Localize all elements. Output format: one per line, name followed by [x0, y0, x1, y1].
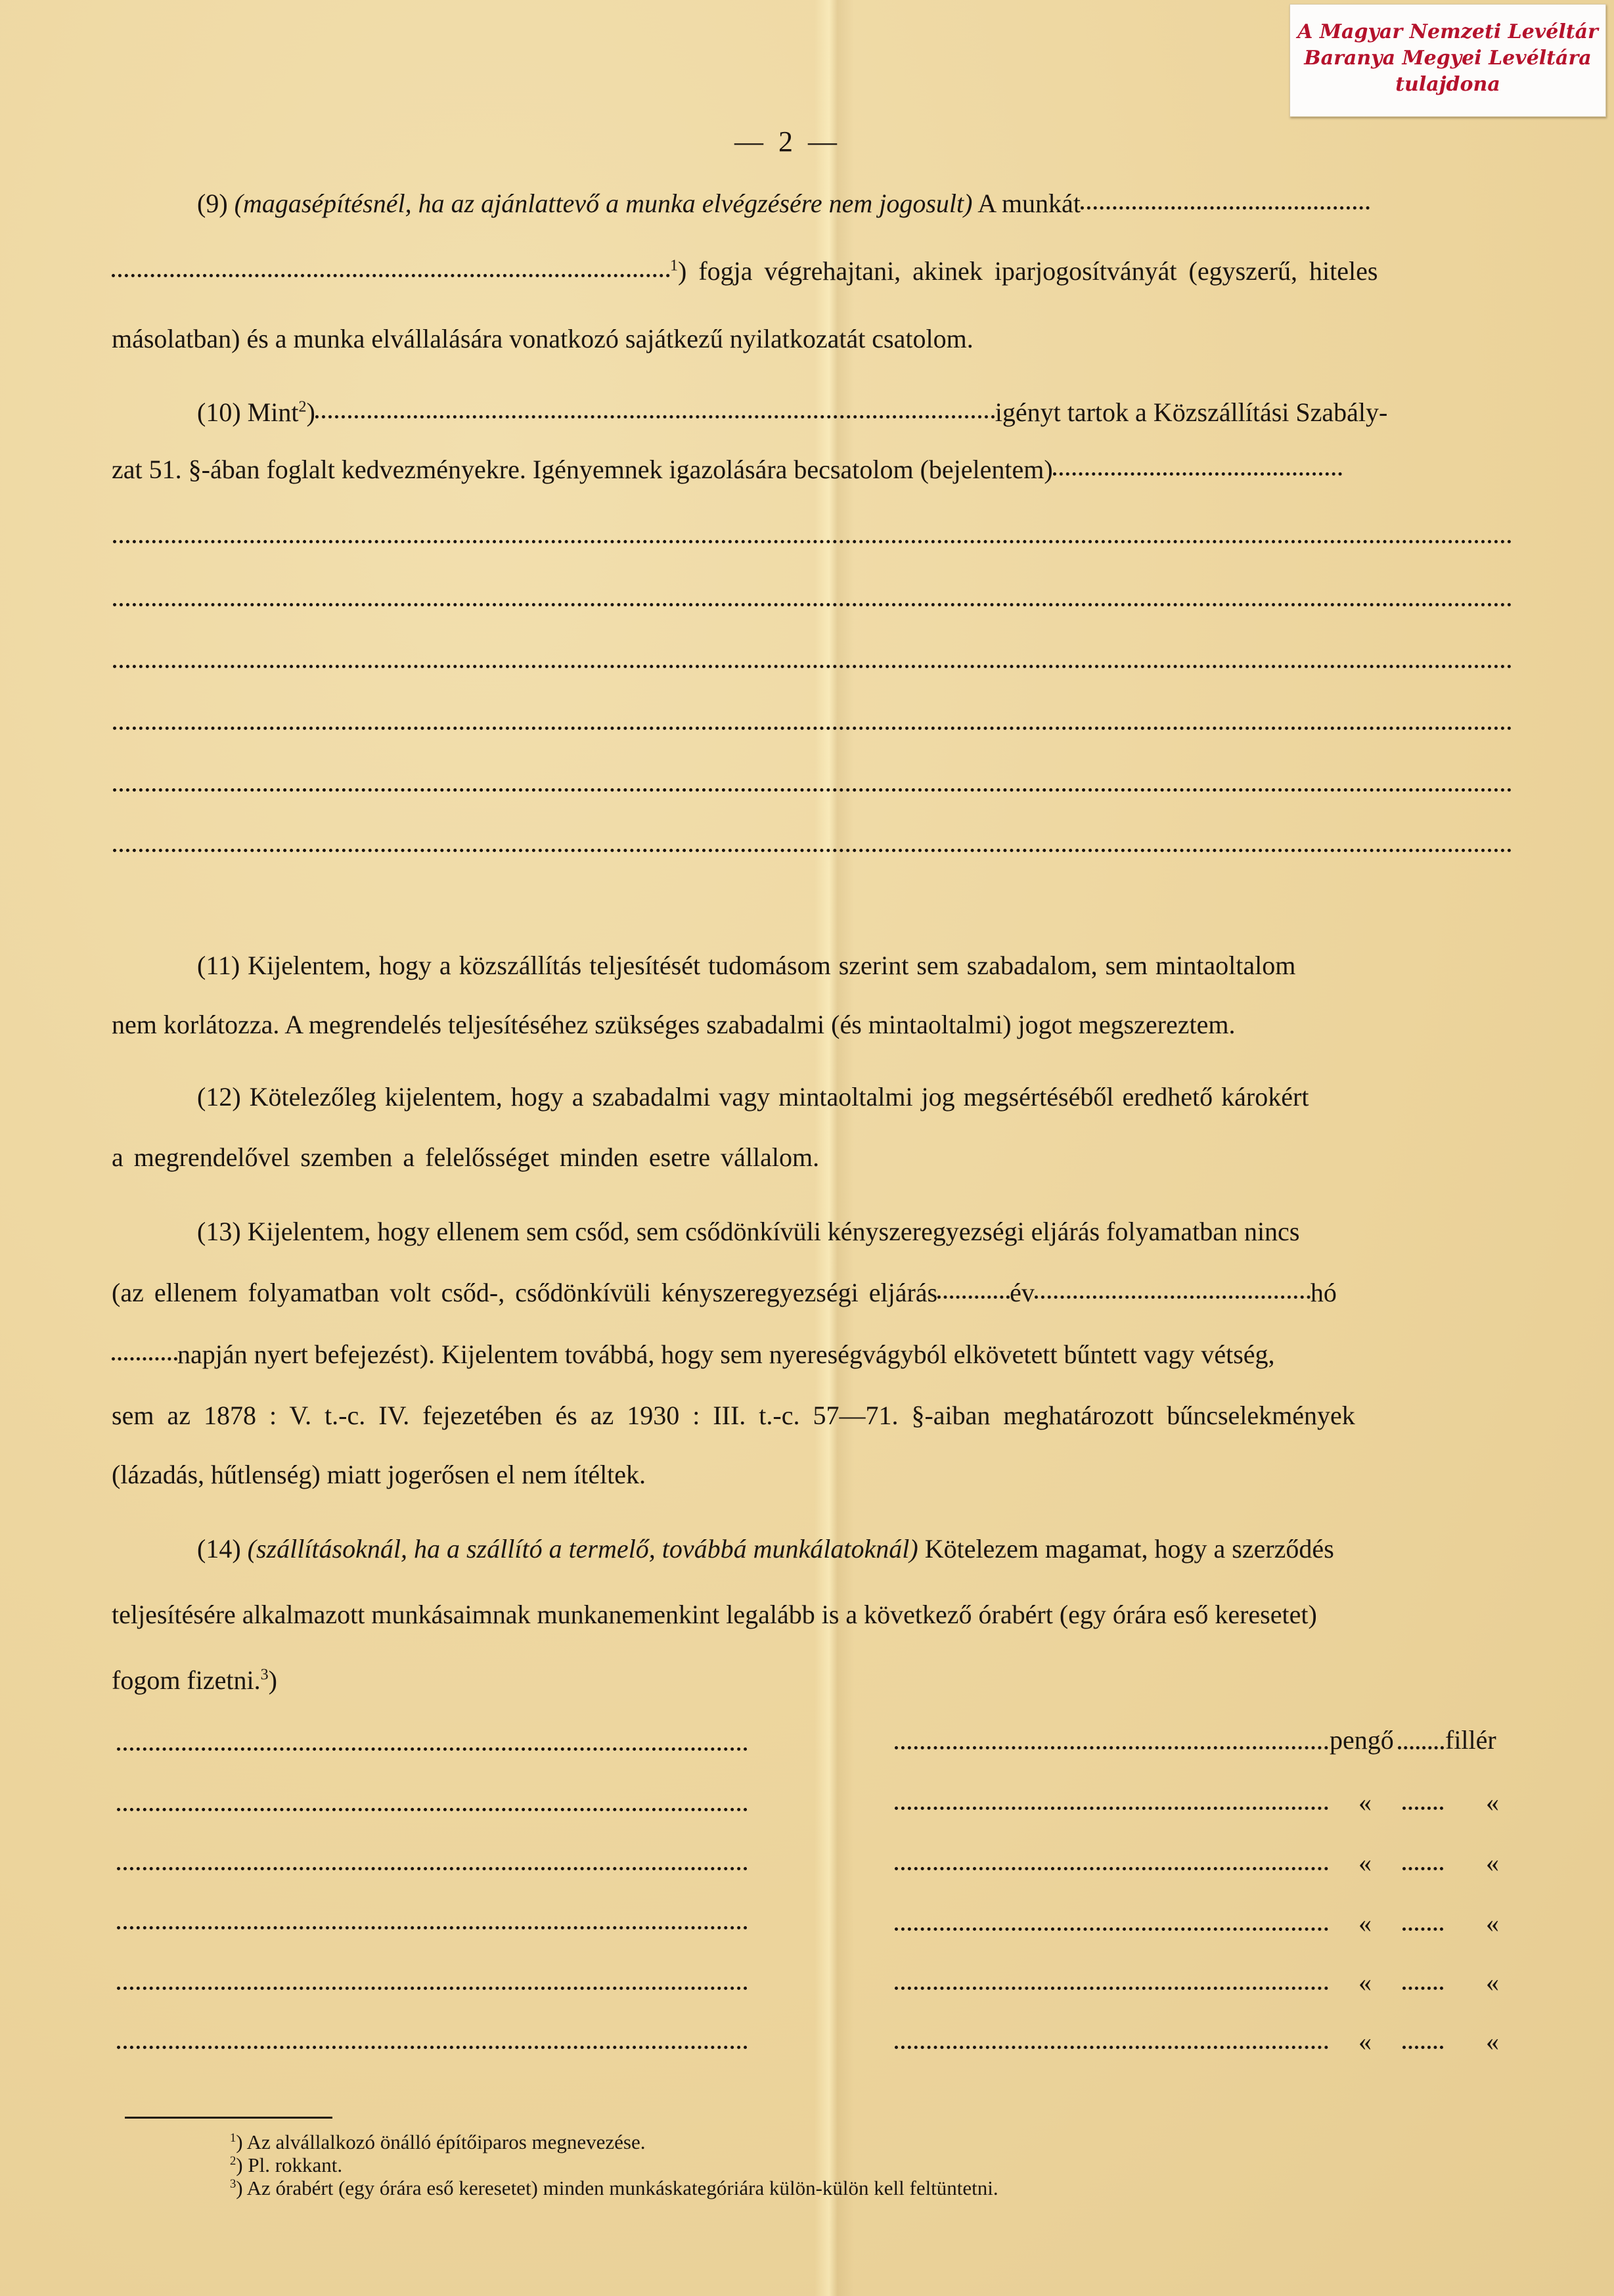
section-10-text-b: igényt tartok a Közszállítási Szabály-	[995, 397, 1388, 427]
archive-ownership-stamp: A Magyar Nemzeti Levéltár Baranya Megyei…	[1289, 4, 1606, 117]
section-9-text-a: A munkát	[977, 189, 1081, 218]
section-9-line-3: másolatban) és a munka elvállalására von…	[112, 326, 974, 352]
section-9-line-2: 1) fogja végrehajtani, akinek iparjogosí…	[112, 258, 1378, 284]
ditto-mark: «	[1486, 1847, 1499, 1878]
section-10-text-a: Mint	[248, 397, 299, 427]
wage-row-1-pengo-field[interactable]	[895, 1746, 1328, 1749]
section-11-line-1: (11) Kijelentem, hogy a közszállítás tel…	[197, 953, 1295, 979]
wage-row-6-category-field[interactable]	[117, 2046, 748, 2049]
ditto-mark: «	[1358, 1967, 1372, 1998]
section-12-line-1: (12) Kötelezőleg kijelentem, hogy a szab…	[197, 1084, 1309, 1110]
wage-row-2-category-field[interactable]	[117, 1808, 748, 1811]
section-9-subcontractor-field[interactable]	[112, 274, 670, 277]
stamp-line-2: Baranya Megyei Levéltára	[1290, 45, 1605, 72]
section-14-text-a: Kötelezem magamat, hogy a szerződés	[925, 1534, 1334, 1564]
wage-row-5-filler-field[interactable]	[1402, 1987, 1443, 1990]
ditto-mark: «	[1358, 1787, 1372, 1818]
year-field[interactable]	[937, 1295, 1010, 1299]
wage-row-2-pengo-field[interactable]	[895, 1807, 1328, 1810]
footnote-2: 2) Pl. rokkant.	[230, 2155, 342, 2175]
ditto-mark: «	[1486, 1787, 1499, 1818]
stamp-line-1: A Magyar Nemzeti Levéltár	[1290, 19, 1605, 45]
section-13-text: (az ellenem folyamatban volt csőd-, csőd…	[112, 1278, 937, 1307]
ditto-mark: «	[1358, 1908, 1372, 1939]
ditto-mark: «	[1358, 2026, 1372, 2057]
ditto-mark: «	[1486, 1908, 1499, 1939]
wage-row-4-category-field[interactable]	[117, 1926, 748, 1929]
attachment-line-3[interactable]	[113, 665, 1512, 668]
month-field[interactable]	[1035, 1295, 1311, 1299]
section-10-status-field[interactable]	[315, 415, 995, 418]
section-14-line-2: teljesítésére alkalmazott munkásaimnak m…	[112, 1602, 1317, 1628]
attachment-line-6[interactable]	[113, 849, 1512, 852]
section-11-line-2: nem korlátozza. A megrendelés teljesítés…	[112, 1012, 1236, 1038]
section-14-number: (14)	[197, 1534, 241, 1564]
wage-row-1-category-field[interactable]	[117, 1747, 748, 1751]
ditto-mark: «	[1358, 1847, 1372, 1878]
pengo-header: pengő	[1330, 1724, 1394, 1755]
wage-row-6-pengo-field[interactable]	[895, 2046, 1328, 2049]
section-9-number: (9)	[197, 189, 228, 218]
wage-row-2-filler-field[interactable]	[1402, 1807, 1443, 1810]
wage-row-4-filler-field[interactable]	[1402, 1927, 1443, 1931]
section-9-text-b: ) fogja végrehajtani, akinek iparjogosít…	[678, 256, 1378, 286]
wage-row-5-category-field[interactable]	[117, 1987, 748, 1990]
section-13-line-5: (lázadás, hűtlenség) miatt jogerősen el …	[112, 1462, 646, 1488]
section-9-line-1: (9) (magasépítésnél, ha az ajánlattevő a…	[197, 191, 1370, 217]
ditto-mark: «	[1486, 1967, 1499, 1998]
footnote-1: 1) Az alvállalkozó önálló építőiparos me…	[230, 2132, 646, 2152]
attachment-line-2[interactable]	[113, 603, 1512, 606]
section-13-line-2: (az ellenem folyamatban volt csőd-, csőd…	[112, 1280, 1337, 1306]
section-10-text-c: zat 51. §-ában foglalt kedvezményekre. I…	[112, 455, 1053, 484]
section-12-line-2: a megrendelővel szemben a felelősséget m…	[112, 1144, 819, 1171]
wage-row-4-pengo-field[interactable]	[895, 1927, 1328, 1931]
footnote-divider	[125, 2117, 332, 2119]
page-number: — 2 —	[734, 125, 841, 158]
attachment-line-1[interactable]	[113, 540, 1512, 543]
section-13-line-1: (13) Kijelentem, hogy ellenem sem csőd, …	[197, 1219, 1299, 1245]
section-13-line-3: napján nyert befejezést). Kijelentem tov…	[112, 1341, 1275, 1368]
wage-row-3-category-field[interactable]	[117, 1867, 748, 1870]
section-14-italic-clause: (szállításoknál, ha a szállító a termelő…	[248, 1534, 918, 1564]
wage-row-6-filler-field[interactable]	[1402, 2046, 1443, 2049]
section-13-line-4: sem az 1878 : V. t.-c. IV. fejezetében é…	[112, 1403, 1355, 1429]
attachment-line-5[interactable]	[113, 788, 1512, 792]
section-9-contractor-field[interactable]	[1081, 206, 1370, 210]
section-14-line-3: fogom fizetni.3)	[112, 1667, 277, 1694]
year-label: év	[1010, 1278, 1035, 1307]
day-field[interactable]	[112, 1357, 177, 1361]
wage-row-1-filler-field[interactable]	[1398, 1746, 1444, 1749]
footnote-ref-2: 2	[298, 399, 306, 416]
stamp-line-3: tulajdona	[1290, 72, 1605, 98]
footnote-ref-1: 1	[670, 258, 678, 275]
section-13-text-3: napján nyert befejezést). Kijelentem tov…	[177, 1339, 1275, 1369]
ditto-mark: «	[1486, 2026, 1499, 2057]
attachment-line-4[interactable]	[113, 727, 1512, 730]
wage-row-5-pengo-field[interactable]	[895, 1987, 1328, 1990]
filler-header: fillér	[1445, 1724, 1496, 1755]
section-14-line-1: (14) (szállításoknál, ha a szállító a te…	[197, 1536, 1334, 1562]
wage-row-3-pengo-field[interactable]	[895, 1867, 1328, 1870]
section-10-number: (10)	[197, 397, 241, 427]
section-10-line-2: zat 51. §-ában foglalt kedvezményekre. I…	[112, 457, 1342, 483]
footnote-3: 3) Az órabért (egy órára eső keresetet) …	[230, 2178, 998, 2198]
section-9-italic-clause: (magasépítésnél, ha az ajánlattevő a mun…	[235, 189, 973, 218]
section-10-line-1: (10) Mint2)igényt tartok a Közszállítási…	[197, 399, 1387, 426]
footnote-ref-3: 3	[261, 1667, 269, 1684]
month-label: hó	[1311, 1278, 1337, 1307]
section-10-attachment-field[interactable]	[1053, 472, 1342, 476]
wage-row-3-filler-field[interactable]	[1402, 1867, 1443, 1870]
